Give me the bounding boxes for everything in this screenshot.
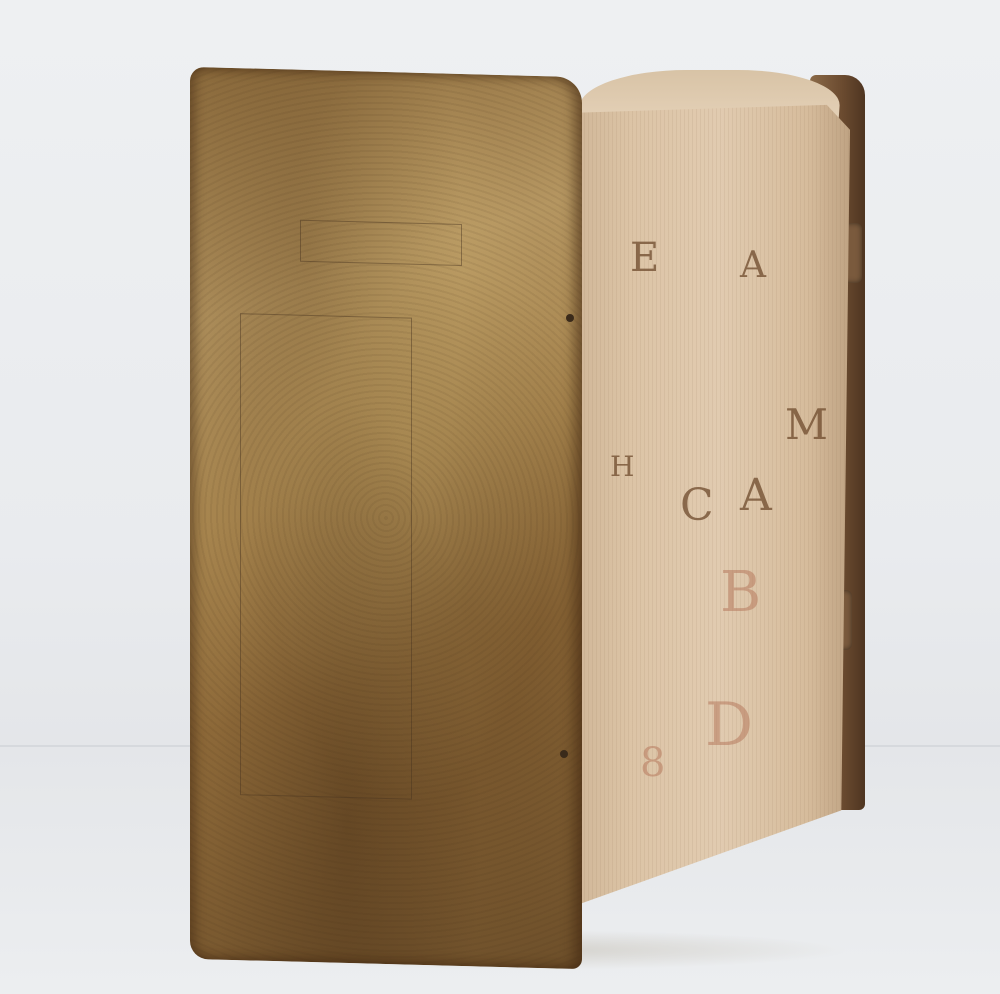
- blind-tooled-lines: [300, 220, 462, 266]
- inscription-mark: M: [785, 400, 828, 449]
- inscription-mark: B: [720, 560, 761, 625]
- inscription-mark: A: [740, 245, 766, 286]
- photo-scene: EAMHCABD8: [0, 0, 1000, 994]
- inscription-mark: C: [680, 480, 714, 531]
- inscription-mark: A: [740, 470, 772, 521]
- inscription-mark: 8: [640, 740, 665, 786]
- blind-tooled-panel: [240, 313, 412, 800]
- inscription-mark: D: [705, 690, 753, 760]
- inscription-mark: H: [610, 450, 634, 483]
- clasp-pin-lower: [560, 750, 568, 758]
- front-cover: [190, 67, 582, 969]
- clasp-pin-upper: [566, 314, 574, 322]
- inscription-mark: E: [630, 235, 659, 281]
